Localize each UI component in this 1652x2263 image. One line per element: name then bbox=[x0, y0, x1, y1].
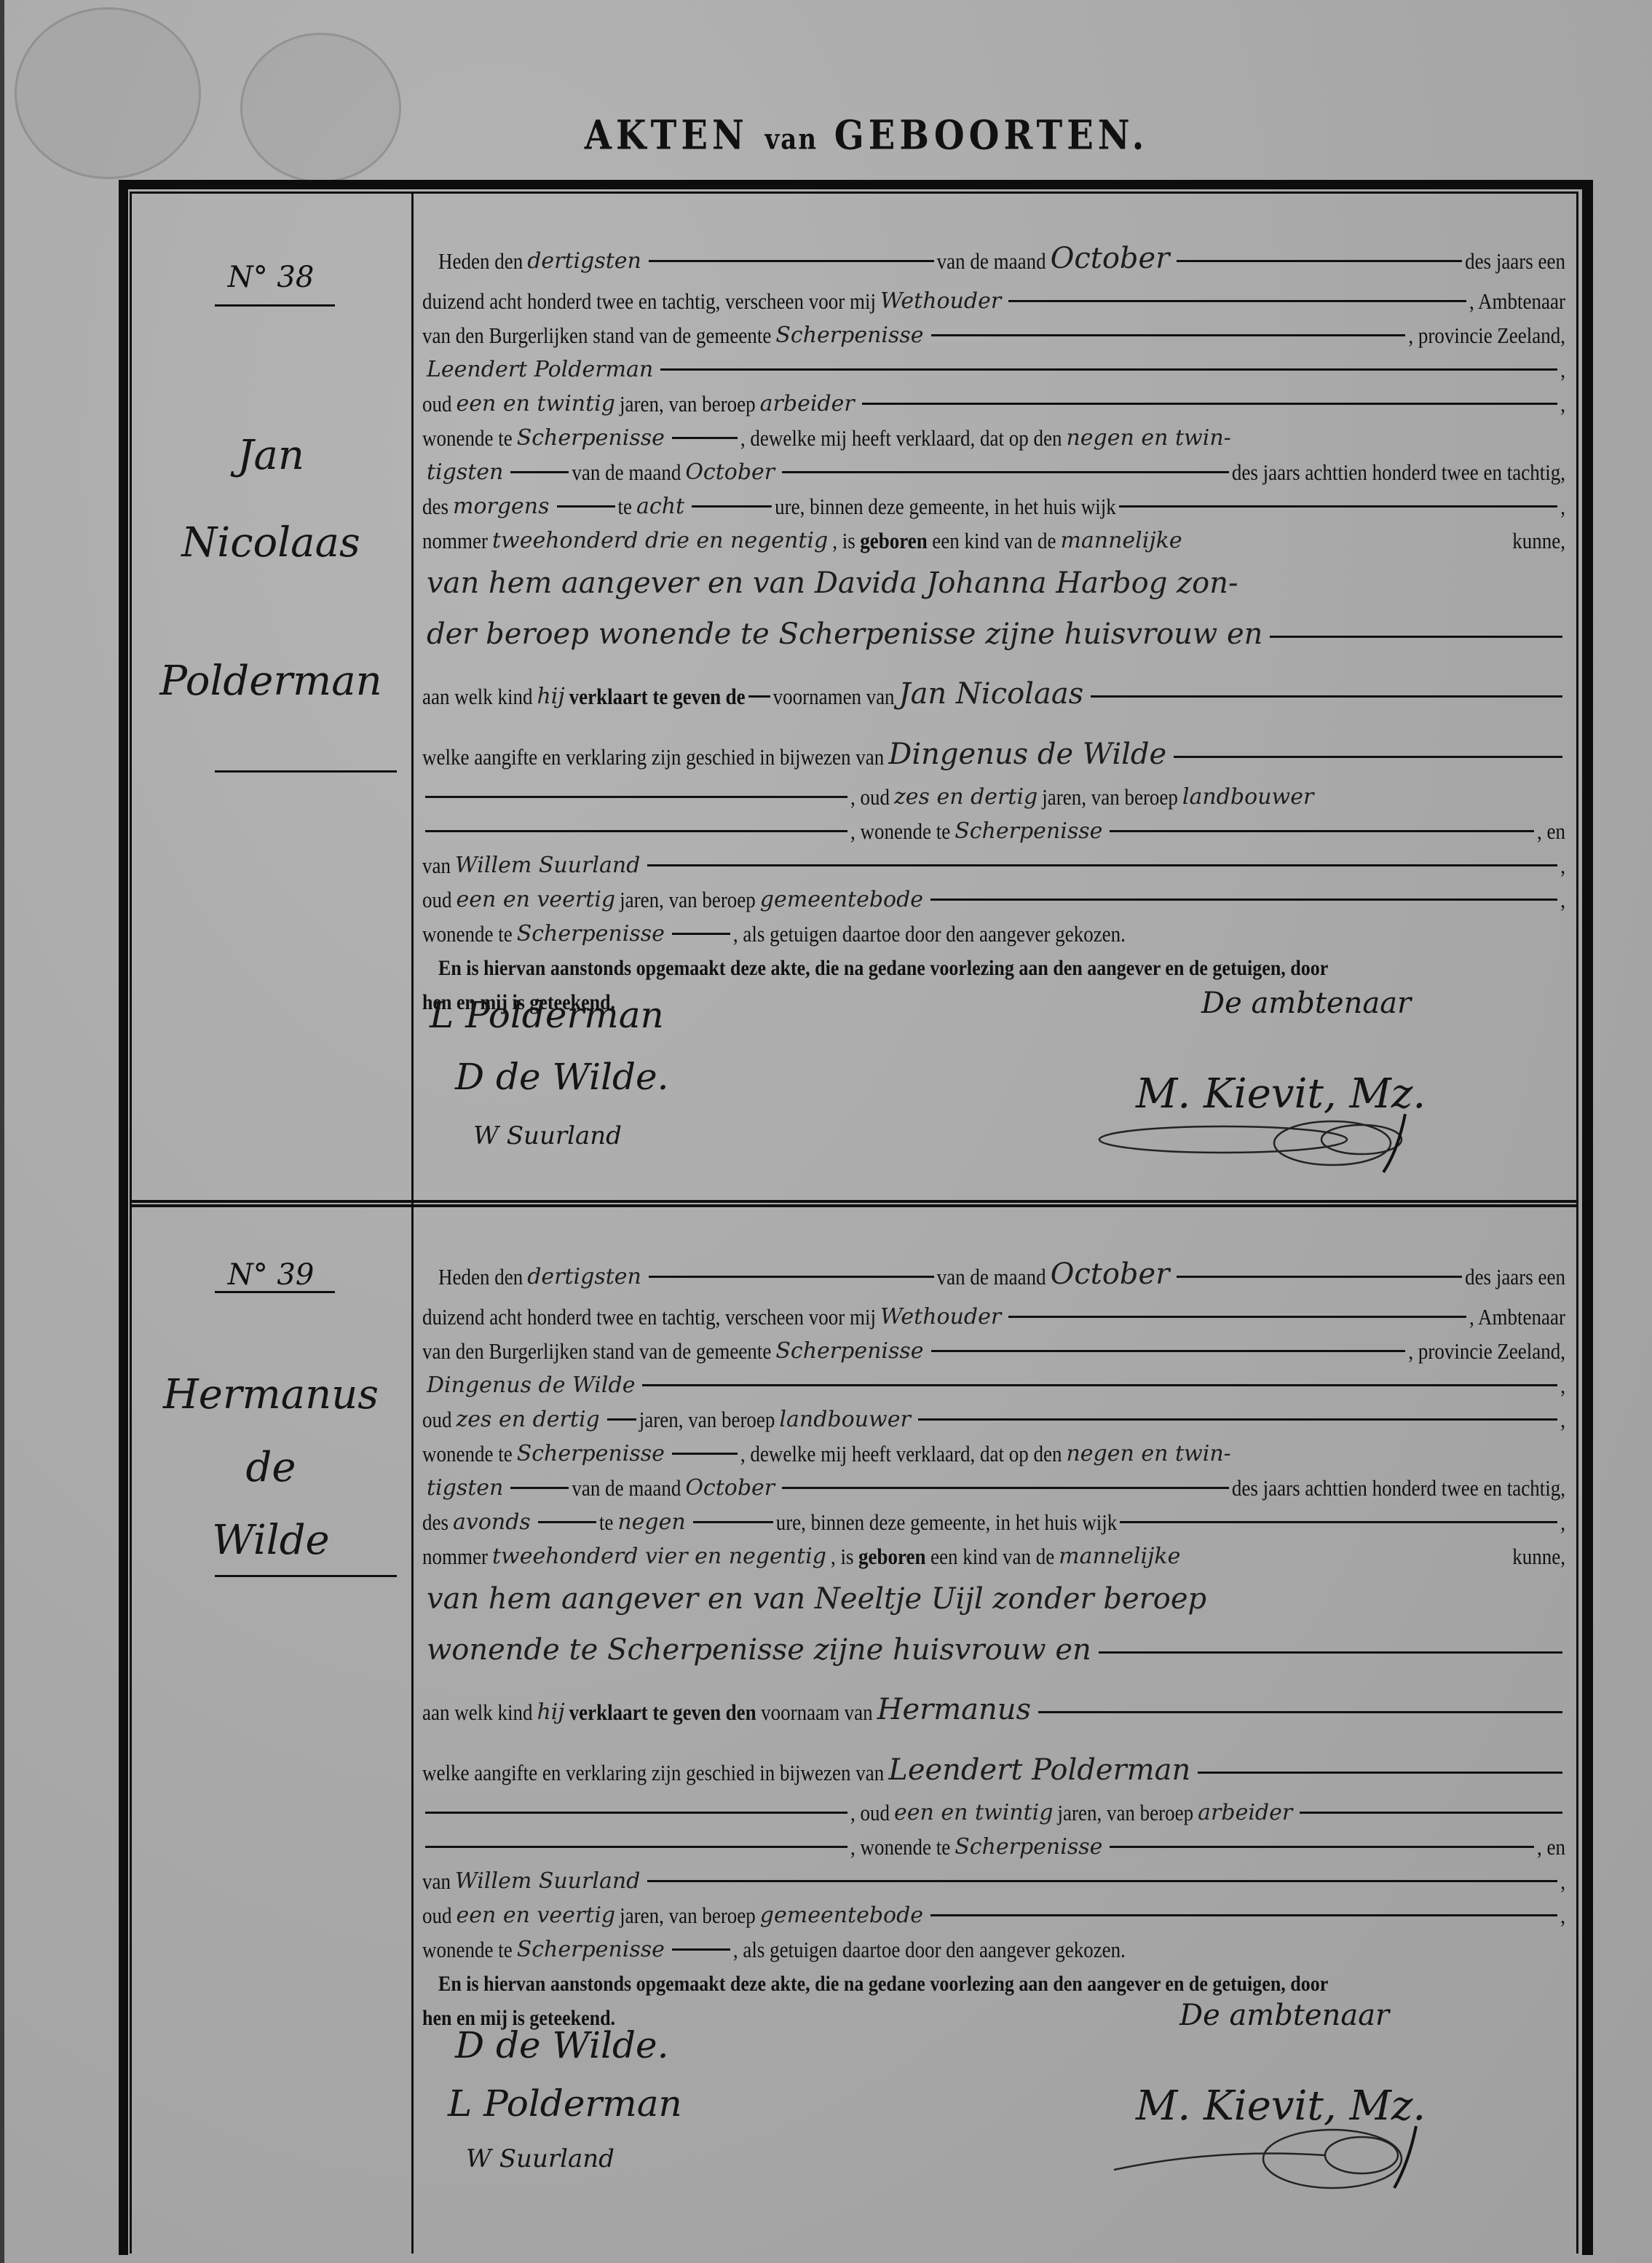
witness2-residence-field: Scherpenisse bbox=[513, 1932, 669, 1967]
signature-witness2: W Suurland bbox=[473, 1121, 622, 1150]
declarant-occupation-field: arbeider bbox=[756, 387, 859, 421]
form-line: tigsten van de maand October des jaars a… bbox=[422, 1471, 1565, 1505]
witness2-age-field: een en veertig bbox=[452, 882, 620, 917]
declarant-age-field: zes en dertig bbox=[452, 1402, 604, 1437]
witness1-age-field: zes en dertig bbox=[890, 780, 1042, 814]
form-line: tigsten van de maand October des jaars a… bbox=[422, 455, 1565, 489]
official-title-field: Wethouder bbox=[876, 284, 1005, 318]
record-margin: N° 38 Jan Nicolaas Polderman bbox=[131, 191, 411, 1200]
form-line: der beroep wonende te Scherpenisse zijne… bbox=[422, 609, 1565, 660]
municipality-field: Scherpenisse bbox=[771, 318, 928, 352]
pronoun-field: hij bbox=[532, 1678, 569, 1747]
municipality-field: Scherpenisse bbox=[771, 1334, 928, 1368]
witness2-age-field: een en veertig bbox=[452, 1898, 620, 1932]
parents-field: van hem aangever en van Davida Johanna H… bbox=[422, 558, 1243, 609]
form-line: Heden den dertigsten van de maand Octobe… bbox=[422, 233, 1565, 284]
form-line: En is hiervan aanstonds opgemaakt deze a… bbox=[422, 1967, 1565, 2001]
form-line: , oud zes en dertig jaren, van beroep la… bbox=[422, 780, 1565, 814]
witness2-occupation-field: gemeentebode bbox=[756, 882, 928, 917]
day-field: dertigsten bbox=[523, 236, 646, 287]
official-label: De ambtenaar bbox=[1179, 1999, 1389, 2032]
record-divider bbox=[130, 1200, 1578, 1207]
time-of-day-field: morgens bbox=[448, 489, 554, 524]
witness1-age-field: een en twintig bbox=[890, 1796, 1057, 1830]
signature-witness1: L Polderman bbox=[448, 2082, 682, 2125]
form-line: des morgens te acht ure, binnen deze gem… bbox=[422, 489, 1565, 524]
declarant-residence-field: Scherpenisse bbox=[513, 1437, 669, 1471]
witness1-occupation-field: landbouwer bbox=[1178, 780, 1318, 814]
child-first-name: Hermanus bbox=[131, 1371, 411, 1418]
form-line: van Willem Suurland , bbox=[422, 1864, 1565, 1898]
form-line: oud zes en dertig jaren, van beroep land… bbox=[422, 1402, 1565, 1437]
faded-seal-stamp bbox=[15, 7, 201, 179]
hour-field: negen bbox=[613, 1505, 689, 1539]
given-names-field: Jan Nicolaas bbox=[895, 660, 1088, 729]
witness1-name-field: Dingenus de Wilde bbox=[884, 729, 1171, 780]
sex-field: mannelijke bbox=[1056, 524, 1186, 558]
form-line: En is hiervan aanstonds opgemaakt deze a… bbox=[422, 951, 1565, 985]
form-line: van Willem Suurland , bbox=[422, 848, 1565, 882]
record-margin: N° 39 Hermanus de Wilde bbox=[131, 1207, 411, 2254]
signature-declarant: D de Wilde. bbox=[455, 2024, 668, 2066]
child-surname: Wilde bbox=[131, 1517, 411, 1564]
record-body: Heden den dertigsten van de maand Octobe… bbox=[422, 1249, 1565, 2035]
form-line: van hem aangever en van Neeltje Uijl zon… bbox=[422, 1573, 1565, 1624]
witness1-residence-field: Scherpenisse bbox=[950, 814, 1107, 848]
house-number-field: tweehonderd drie en negentig bbox=[488, 524, 832, 558]
house-number-field: tweehonderd vier en negentig bbox=[488, 1539, 831, 1573]
birth-day-field: negen en twin- bbox=[1062, 421, 1235, 455]
official-label: De ambtenaar bbox=[1201, 987, 1411, 1020]
witness2-name-field: Willem Suurland bbox=[451, 848, 644, 882]
form-line: wonende te Scherpenisse zijne huisvrouw … bbox=[422, 1624, 1565, 1675]
form-line: Heden den dertigsten van de maand Octobe… bbox=[422, 1249, 1565, 1300]
time-of-day-field: avonds bbox=[448, 1505, 535, 1539]
page-edge bbox=[0, 0, 4, 2263]
form-line: Dingenus de Wilde , bbox=[422, 1368, 1565, 1402]
form-line: van hem aangever en van Davida Johanna H… bbox=[422, 558, 1565, 609]
form-line: oud een en veertig jaren, van beroep gem… bbox=[422, 1898, 1565, 1932]
signature-declarant: L Polderman bbox=[430, 994, 664, 1036]
birth-month-field: October bbox=[681, 455, 779, 489]
form-line: nommer tweehonderd drie en negentig , is… bbox=[422, 524, 1565, 558]
month-field: October bbox=[1046, 1249, 1174, 1300]
month-field: October bbox=[1046, 233, 1174, 284]
form-line: nommer tweehonderd vier en negentig , is… bbox=[422, 1539, 1565, 1573]
form-line: van den Burgerlijken stand van de gemeen… bbox=[422, 318, 1565, 352]
form-line: oud een en veertig jaren, van beroep gem… bbox=[422, 882, 1565, 917]
akte-number: N° 39 bbox=[131, 1258, 411, 1292]
form-line: wonende te Scherpenisse , dewelke mij he… bbox=[422, 1437, 1565, 1471]
form-line: oud een en twintig jaren, van beroep arb… bbox=[422, 387, 1565, 421]
form-line: wonende te Scherpenisse , als getuigen d… bbox=[422, 1932, 1565, 1967]
form-line: , wonende te Scherpenisse , en bbox=[422, 1830, 1565, 1864]
child-second-name: Nicolaas bbox=[131, 519, 411, 566]
form-line: , oud een en twintig jaren, van beroep a… bbox=[422, 1796, 1565, 1830]
form-line: welke aangifte en verklaring zijn geschi… bbox=[422, 729, 1565, 780]
form-line: duizend acht honderd twee en tachtig, ve… bbox=[422, 284, 1565, 318]
declarant-occupation-field: landbouwer bbox=[775, 1402, 914, 1437]
page-title: AKTEN van GEBOORTEN. bbox=[510, 112, 1223, 159]
witness1-residence-field: Scherpenisse bbox=[950, 1830, 1107, 1864]
witness1-occupation-field: arbeider bbox=[1193, 1796, 1297, 1830]
child-surname: Polderman bbox=[131, 657, 411, 705]
margin-end-rule bbox=[215, 1575, 397, 1577]
witness1-name-field: Leendert Polderman bbox=[884, 1745, 1195, 1796]
margin-column-divider bbox=[411, 191, 414, 2254]
witness2-occupation-field: gemeentebode bbox=[756, 1898, 928, 1932]
form-line: wonende te Scherpenisse , als getuigen d… bbox=[422, 917, 1565, 951]
akte-number: N° 38 bbox=[131, 261, 411, 294]
form-line: , wonende te Scherpenisse , en bbox=[422, 814, 1565, 848]
declarant-age-field: een en twintig bbox=[452, 387, 620, 421]
birth-month-field: October bbox=[681, 1471, 779, 1505]
signature-witness2: W Suurland bbox=[466, 2144, 614, 2173]
declarant-name-field: Leendert Polderman bbox=[422, 352, 657, 387]
given-names-field: Hermanus bbox=[873, 1675, 1036, 1745]
form-line: van den Burgerlijken stand van de gemeen… bbox=[422, 1334, 1565, 1368]
witness2-name-field: Willem Suurland bbox=[451, 1864, 644, 1898]
birth-day-field: negen en twin- bbox=[1062, 1437, 1235, 1471]
margin-end-rule bbox=[215, 770, 397, 773]
sex-field: mannelijke bbox=[1054, 1539, 1185, 1573]
form-line: welke aangifte en verklaring zijn geschi… bbox=[422, 1745, 1565, 1796]
official-title-field: Wethouder bbox=[876, 1300, 1005, 1334]
declarant-residence-field: Scherpenisse bbox=[513, 421, 669, 455]
signature-flourish-icon bbox=[1092, 1107, 1456, 1194]
record-body: Heden den dertigsten van de maand Octobe… bbox=[422, 233, 1565, 1019]
child-first-name: Jan bbox=[131, 432, 411, 479]
signature-flourish-icon bbox=[1107, 2119, 1456, 2206]
pronoun-field: hij bbox=[532, 662, 569, 731]
signature-witness1: D de Wilde. bbox=[455, 1056, 668, 1098]
form-line: duizend acht honderd twee en tachtig, ve… bbox=[422, 1300, 1565, 1334]
child-second-name: de bbox=[131, 1444, 411, 1491]
form-line: des avonds te negen ure, binnen deze gem… bbox=[422, 1505, 1565, 1539]
form-line: aan welk kind hij verklaart te geven de … bbox=[422, 660, 1565, 729]
witness2-residence-field: Scherpenisse bbox=[513, 917, 669, 951]
declarant-name-field: Dingenus de Wilde bbox=[422, 1368, 639, 1402]
form-line: Leendert Polderman , bbox=[422, 352, 1565, 387]
parents-field: van hem aangever en van Neeltje Uijl zon… bbox=[422, 1573, 1211, 1624]
day-field: dertigsten bbox=[523, 1252, 646, 1303]
form-line: aan welk kind hij verklaart te geven den… bbox=[422, 1675, 1565, 1745]
faded-seal-stamp bbox=[240, 33, 401, 183]
akte-number-underline bbox=[215, 304, 335, 307]
form-line: wonende te Scherpenisse , dewelke mij he… bbox=[422, 421, 1565, 455]
akte-number-underline bbox=[215, 1291, 335, 1293]
hour-field: acht bbox=[632, 489, 689, 524]
